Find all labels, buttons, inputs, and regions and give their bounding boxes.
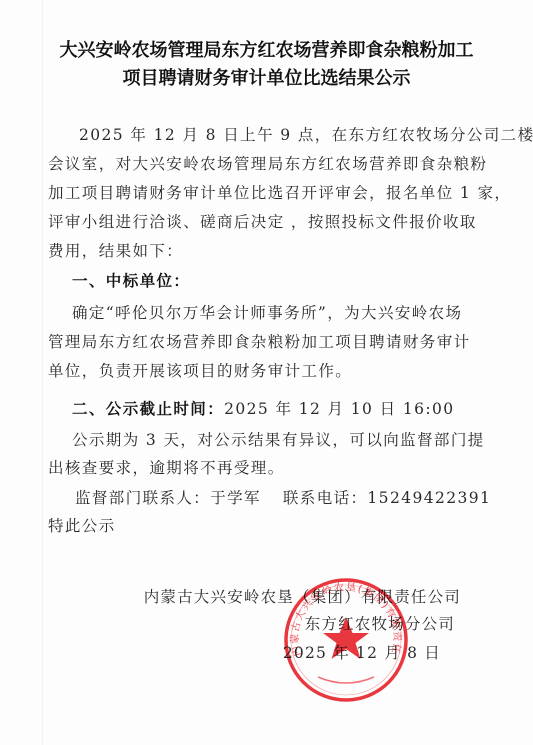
section-1-heading: 一、中标单位： [72,269,190,291]
contact-line: 监督部门联系人：于学军联系电话：15249422391 [75,486,491,508]
paper-edge [42,0,43,745]
paragraph-2-line-1: 确定“呼伦贝尔万华会计师事务所”，为大兴安岭农场 [72,301,462,323]
official-seal-stamp: 内蒙古大兴安岭农垦(集团)有限责任公司东方红农牧场分公司 [283,577,409,703]
document-title-line-2: 项目聘请财务审计单位比选结果公示 [0,64,533,90]
contact-person: 于学军 [210,489,261,507]
section-2-heading-label: 二、公示截止时间： [72,399,224,418]
paragraph-3-line-2: 出核查要求，逾期将不再受理。 [48,456,285,478]
paragraph-1-line-1: 2025 年 12 月 8 日上午 9 点，在东方红农牧场分公司二楼 [79,123,533,145]
contact-phone-label: 联系电话： [283,489,368,507]
paragraph-1-line-5: 费用，结果如下： [48,239,183,261]
contact-phone: 15249422391 [367,489,491,507]
section-2-deadline: 2025 年 12 月 10 日 16:00 [224,400,454,418]
paragraph-1-line-2: 会议室，对大兴安岭农场管理局东方红农场营养即食杂粮粉 [48,152,487,174]
section-2-heading: 二、公示截止时间：2025 年 12 月 10 日 16:00 [72,397,455,419]
contact-person-label: 监督部门联系人： [75,489,210,507]
closing-text: 特此公示 [48,514,116,536]
paragraph-2-line-2: 管理局东方红农场营养即食杂粮粉加工项目聘请财务审计 [48,330,471,352]
paragraph-1-line-4: 评审小组进行洽谈、磋商后决定 ，按照投标文件报价收取 [48,210,477,232]
document-title-line-1: 大兴安岭农场管理局东方红农场营养即食杂粮粉加工 [0,36,533,62]
paragraph-2-line-3: 单位，负责开展该项目的财务审计工作。 [48,359,352,381]
paragraph-1-line-3: 加工项目聘请财务审计单位比选召开评审会，报名单位 1 家， [48,181,511,203]
paragraph-3-line-1: 公示期为 3 天，对公示结果有异议，可以向监督部门提 [72,428,485,450]
star-icon [323,617,369,659]
